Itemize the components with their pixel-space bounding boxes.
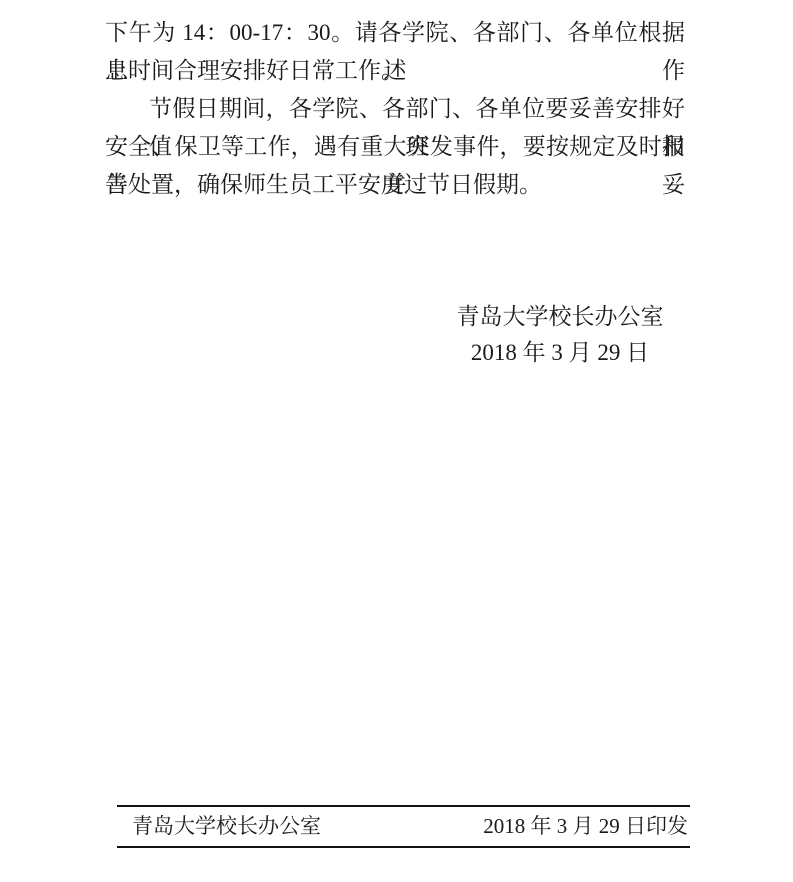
signature-block: 青岛大学校长办公室 2018 年 3 月 29 日 xyxy=(418,299,702,371)
footer-row: 青岛大学校长办公室 2018 年 3 月 29 日印发 xyxy=(117,807,690,846)
signature-date: 2018 年 3 月 29 日 xyxy=(418,335,702,371)
footer-print-date: 2018 年 3 月 29 日印发 xyxy=(483,807,688,846)
body-line: 安全、保卫等工作，遇有重大突发事件，要按规定及时报告并妥 xyxy=(105,128,685,166)
footer-issuer: 青岛大学校长办公室 xyxy=(132,807,321,846)
document-page: 下午为 14：00-17：30。请各学院、各部门、各单位根据上述作 息时间合理安… xyxy=(0,0,793,882)
body-line: 下午为 14：00-17：30。请各学院、各部门、各单位根据上述作 xyxy=(105,14,685,52)
body-paragraphs: 下午为 14：00-17：30。请各学院、各部门、各单位根据上述作 息时间合理安… xyxy=(105,14,685,204)
body-line: 节假日期间，各学院、各部门、各单位要妥善安排好值班和 xyxy=(105,90,685,128)
signature-org: 青岛大学校长办公室 xyxy=(418,299,702,335)
footer-colophon: 青岛大学校长办公室 2018 年 3 月 29 日印发 xyxy=(117,805,690,848)
